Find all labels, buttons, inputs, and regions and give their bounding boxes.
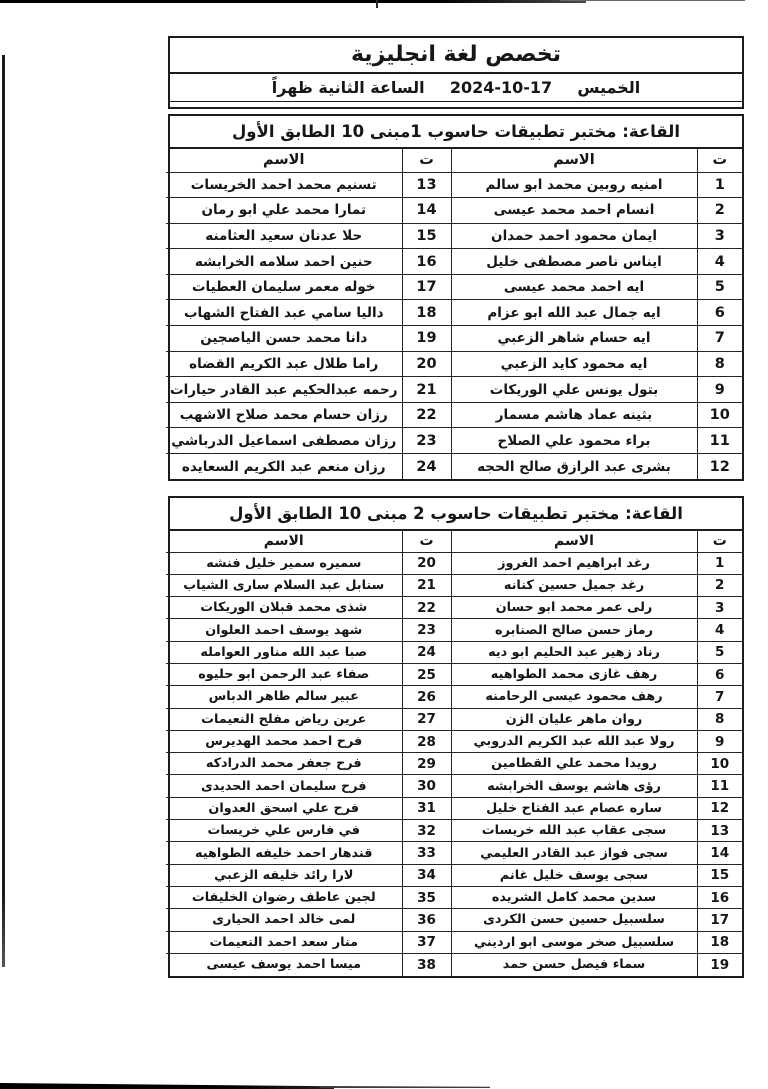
student-name: ايه محمود كايد الزعبي xyxy=(451,351,697,377)
student-name: رماز حسن صالح الصنابره xyxy=(451,619,697,641)
student-number: 37 xyxy=(402,931,451,953)
document-header: تخصص لغة انجليزية الخميس 2024-10-17 السا… xyxy=(168,36,744,109)
roster-header-row: ت الاسم ت الاسم xyxy=(166,149,742,172)
student-name: خوله معمر سليمان العطيات xyxy=(166,274,402,300)
student-name: صفاء عبد الرحمن ابو حليوه xyxy=(166,663,402,685)
exam-date: 2024-10-17 xyxy=(450,78,552,97)
roster-row: 10بثينه عماد هاشم مسمار22رزان حسام محمد … xyxy=(166,402,742,428)
column-header-name: الاسم xyxy=(166,149,402,172)
roster-row: 10رويدا محمد علي القطامين29فرح جعفر محمد… xyxy=(166,753,742,775)
student-number: 18 xyxy=(697,931,742,953)
student-name: حنين احمد سلامه الخرابشه xyxy=(166,249,402,275)
student-name: فرح جعفر محمد الدرادكه xyxy=(166,753,402,775)
student-number: 2 xyxy=(697,198,742,224)
student-number: 38 xyxy=(402,953,451,975)
student-number: 13 xyxy=(402,172,451,198)
roster-row: 12بشرى عبد الرازق صالح الحجه24رزان منعم … xyxy=(166,454,742,480)
student-number: 7 xyxy=(697,686,742,708)
room-section-lab1: القاعة: مختبر تطبيقات حاسوب 1مبنى 10 الط… xyxy=(168,114,744,481)
student-name: داليا سامي عبد الفتاح الشهاب xyxy=(166,300,402,326)
roster-row: 8روان ماهر عليان الزن27عرين رياض مفلح ال… xyxy=(166,708,742,730)
roster-row: 2انسام احمد محمد عيسى14تمارا محمد علي اب… xyxy=(166,198,742,224)
student-number: 1 xyxy=(697,172,742,198)
student-number: 11 xyxy=(697,428,742,454)
student-name: رغد جميل حسين كنانه xyxy=(451,574,697,596)
student-number: 12 xyxy=(697,797,742,819)
student-name: رزان حسام محمد صلاح الاشهب xyxy=(166,402,402,428)
column-header-number: ت xyxy=(697,531,742,552)
roster-row: 12ساره عصام عبد الفتاح خليل31فرح علي اسح… xyxy=(166,797,742,819)
roster-row: 9بتول يونس علي الوريكات21رحمه عبدالحكيم … xyxy=(166,377,742,403)
student-number: 11 xyxy=(697,775,742,797)
student-name: رزان منعم عبد الكريم السعايده xyxy=(166,454,402,480)
student-name: رلى عمر محمد ابو حسان xyxy=(451,597,697,619)
student-number: 9 xyxy=(697,377,742,403)
student-name: فرح سليمان احمد الحديدى xyxy=(166,775,402,797)
student-number: 16 xyxy=(402,249,451,275)
student-name: عرين رياض مفلح النعيمات xyxy=(166,708,402,730)
student-number: 2 xyxy=(697,574,742,596)
student-number: 31 xyxy=(402,797,451,819)
student-number: 32 xyxy=(402,820,451,842)
student-number: 27 xyxy=(402,708,451,730)
room-section-lab2: القاعة: مختبر تطبيقات حاسوب 2 مبنى 10 ال… xyxy=(168,496,744,978)
student-number: 35 xyxy=(402,886,451,908)
student-number: 13 xyxy=(697,820,742,842)
roster-row: 5ايه احمد محمد عيسى17خوله معمر سليمان ال… xyxy=(166,274,742,300)
student-name: حلا عدنان سعيد العثامنه xyxy=(166,223,402,249)
student-number: 26 xyxy=(402,686,451,708)
roster-row: 9رولا عبد الله عبد الكريم الدروبي28فرح ا… xyxy=(166,730,742,752)
roster-row: 1رغد ابراهيم احمد الغروز20سميره سمير خلي… xyxy=(166,552,742,574)
student-number: 24 xyxy=(402,641,451,663)
student-number: 4 xyxy=(697,619,742,641)
student-name: في فارس علي خريسات xyxy=(166,820,402,842)
student-name: رهف محمود عيسى الرحامنه xyxy=(451,686,697,708)
scan-artifact-bottom-thin xyxy=(320,1086,490,1088)
student-number: 19 xyxy=(697,953,742,975)
room-title: القاعة: مختبر تطبيقات حاسوب 1مبنى 10 الط… xyxy=(170,116,742,149)
student-name: سلسبيل صخر موسى ابو ارديني xyxy=(451,931,697,953)
student-name: فرح علي اسحق العدوان xyxy=(166,797,402,819)
student-name: ايه حسام شاهر الزعبي xyxy=(451,326,697,352)
student-name: رويدا محمد علي القطامين xyxy=(451,753,697,775)
student-name: رحمه عبدالحكيم عبد القادر حيارات xyxy=(166,377,402,403)
student-number: 9 xyxy=(697,730,742,752)
roster-table-lab2: ت الاسم ت الاسم 1رغد ابراهيم احمد الغروز… xyxy=(166,531,742,976)
student-number: 8 xyxy=(697,708,742,730)
header-empty-strip xyxy=(170,102,742,107)
column-header-name: الاسم xyxy=(451,531,697,552)
student-name: شهد يوسف احمد العلوان xyxy=(166,619,402,641)
roster-row: 14سجى فواز عبد القادر العليمي33قندهار اح… xyxy=(166,842,742,864)
student-number: 4 xyxy=(697,249,742,275)
student-number: 5 xyxy=(697,641,742,663)
roster-row: 7ايه حسام شاهر الزعبي19دانا محمد حسن الي… xyxy=(166,326,742,352)
student-number: 19 xyxy=(402,326,451,352)
scan-artifact-bottom xyxy=(0,1083,334,1089)
student-number: 6 xyxy=(697,663,742,685)
roster-row: 6رهف غازى محمد الطواهيه25صفاء عبد الرحمن… xyxy=(166,663,742,685)
column-header-name: الاسم xyxy=(451,149,697,172)
student-name: راما طلال عبد الكريم القضاه xyxy=(166,351,402,377)
student-name: سنابل عبد السلام سارى الشياب xyxy=(166,574,402,596)
student-number: 10 xyxy=(697,402,742,428)
student-number: 3 xyxy=(697,223,742,249)
roster-row: 17سلسبيل حسين حسن الكردى36لمى خالد احمد … xyxy=(166,909,742,931)
student-number: 8 xyxy=(697,351,742,377)
roster-row: 7رهف محمود عيسى الرحامنه26عبير سالم طاهر… xyxy=(166,686,742,708)
roster-row: 13سجى عقاب عبد الله خريسات32في فارس علي … xyxy=(166,820,742,842)
student-name: رناد زهير عبد الحليم ابو ديه xyxy=(451,641,697,663)
roster-row: 11رؤى هاشم يوسف الخرابشه30فرح سليمان احم… xyxy=(166,775,742,797)
student-number: 21 xyxy=(402,377,451,403)
student-name: شذى محمد قبلان الوريكات xyxy=(166,597,402,619)
student-number: 22 xyxy=(402,597,451,619)
column-header-number: ت xyxy=(402,531,451,552)
column-header-name: الاسم xyxy=(166,531,402,552)
student-name: انسام احمد محمد عيسى xyxy=(451,198,697,224)
student-number: 16 xyxy=(697,886,742,908)
exam-day: الخميس xyxy=(577,78,640,97)
student-name: تسنيم محمد احمد الخريسات xyxy=(166,172,402,198)
student-number: 20 xyxy=(402,351,451,377)
roster-row: 16سدين محمد كامل الشريده35لجين عاطف رضوا… xyxy=(166,886,742,908)
room-title: القاعة: مختبر تطبيقات حاسوب 2 مبنى 10 ال… xyxy=(170,498,742,531)
student-number: 20 xyxy=(402,552,451,574)
roster-row: 18سلسبيل صخر موسى ابو ارديني37منار سعد ا… xyxy=(166,931,742,953)
student-number: 21 xyxy=(402,574,451,596)
roster-row: 19سماء فيصل حسن حمد38ميسا احمد يوسف عيسى xyxy=(166,953,742,975)
student-number: 33 xyxy=(402,842,451,864)
roster-row: 1امنيه روبين محمد ابو سالم13تسنيم محمد ا… xyxy=(166,172,742,198)
student-name: بثينه عماد هاشم مسمار xyxy=(451,402,697,428)
document-title: تخصص لغة انجليزية xyxy=(170,38,742,74)
student-number: 18 xyxy=(402,300,451,326)
student-name: لجين عاطف رضوان الخليفات xyxy=(166,886,402,908)
student-number: 30 xyxy=(402,775,451,797)
student-name: سجى يوسف خليل غانم xyxy=(451,864,697,886)
student-name: امنيه روبين محمد ابو سالم xyxy=(451,172,697,198)
scanned-page: تخصص لغة انجليزية الخميس 2024-10-17 السا… xyxy=(0,0,768,1089)
column-header-number: ت xyxy=(697,149,742,172)
student-name: سجى فواز عبد القادر العليمي xyxy=(451,842,697,864)
student-number: 23 xyxy=(402,619,451,641)
student-name: منار سعد احمد النعيمات xyxy=(166,931,402,953)
student-number: 24 xyxy=(402,454,451,480)
student-name: ايه احمد محمد عيسى xyxy=(451,274,697,300)
student-name: لارا رائد خليفه الزعبي xyxy=(166,864,402,886)
student-name: ايمان محمود احمد حمدان xyxy=(451,223,697,249)
student-name: ايه جمال عبد الله ابو عزام xyxy=(451,300,697,326)
student-number: 36 xyxy=(402,909,451,931)
student-number: 6 xyxy=(697,300,742,326)
roster-row: 11براء محمود علي الصلاح23رزان مصطفى اسما… xyxy=(166,428,742,454)
student-name: ساره عصام عبد الفتاح خليل xyxy=(451,797,697,819)
student-name: ايناس ناصر مصطفى خليل xyxy=(451,249,697,275)
student-name: رغد ابراهيم احمد الغروز xyxy=(451,552,697,574)
student-name: رزان مصطفى اسماعيل الدرباشي xyxy=(166,428,402,454)
student-name: فرح احمد محمد الهديرس xyxy=(166,730,402,752)
roster-header-row: ت الاسم ت الاسم xyxy=(166,531,742,552)
column-header-number: ت xyxy=(402,149,451,172)
roster-row: 3رلى عمر محمد ابو حسان22شذى محمد قبلان ا… xyxy=(166,597,742,619)
student-name: سماء فيصل حسن حمد xyxy=(451,953,697,975)
roster-row: 5رناد زهير عبد الحليم ابو ديه24صبا عبد ا… xyxy=(166,641,742,663)
student-number: 23 xyxy=(402,428,451,454)
student-number: 5 xyxy=(697,274,742,300)
student-name: قندهار احمد خليفه الطواهيه xyxy=(166,842,402,864)
student-name: سلسبيل حسين حسن الكردى xyxy=(451,909,697,931)
scan-artifact-top-thin xyxy=(560,0,745,1)
student-name: لمى خالد احمد الحيارى xyxy=(166,909,402,931)
roster-row: 3ايمان محمود احمد حمدان15حلا عدنان سعيد … xyxy=(166,223,742,249)
student-number: 15 xyxy=(697,864,742,886)
student-name: ميسا احمد يوسف عيسى xyxy=(166,953,402,975)
student-number: 29 xyxy=(402,753,451,775)
student-number: 28 xyxy=(402,730,451,752)
roster-row: 15سجى يوسف خليل غانم34لارا رائد خليفه ال… xyxy=(166,864,742,886)
roster-row: 4ايناس ناصر مصطفى خليل16حنين احمد سلامه … xyxy=(166,249,742,275)
student-number: 12 xyxy=(697,454,742,480)
student-name: رولا عبد الله عبد الكريم الدروبي xyxy=(451,730,697,752)
student-number: 14 xyxy=(697,842,742,864)
student-number: 25 xyxy=(402,663,451,685)
roster-table-lab1: ت الاسم ت الاسم 1امنيه روبين محمد ابو سا… xyxy=(166,149,742,479)
roster-row: 4رماز حسن صالح الصنابره23شهد يوسف احمد ا… xyxy=(166,619,742,641)
student-number: 10 xyxy=(697,753,742,775)
student-number: 3 xyxy=(697,597,742,619)
student-name: سدين محمد كامل الشريده xyxy=(451,886,697,908)
scan-artifact-tick xyxy=(376,0,378,8)
student-number: 15 xyxy=(402,223,451,249)
roster-row: 2رغد جميل حسين كنانه21سنابل عبد السلام س… xyxy=(166,574,742,596)
student-number: 7 xyxy=(697,326,742,352)
scan-artifact-top xyxy=(0,0,586,3)
student-number: 1 xyxy=(697,552,742,574)
student-name: رهف غازى محمد الطواهيه xyxy=(451,663,697,685)
student-name: تمارا محمد علي ابو رمان xyxy=(166,198,402,224)
student-number: 17 xyxy=(697,909,742,931)
student-name: سجى عقاب عبد الله خريسات xyxy=(451,820,697,842)
student-name: عبير سالم طاهر الدباس xyxy=(166,686,402,708)
student-name: رؤى هاشم يوسف الخرابشه xyxy=(451,775,697,797)
student-name: روان ماهر عليان الزن xyxy=(451,708,697,730)
scan-artifact-left xyxy=(2,55,5,967)
student-name: صبا عبد الله مناور العوامله xyxy=(166,641,402,663)
student-number: 22 xyxy=(402,402,451,428)
roster-row: 6ايه جمال عبد الله ابو عزام18داليا سامي … xyxy=(166,300,742,326)
student-name: براء محمود علي الصلاح xyxy=(451,428,697,454)
student-number: 17 xyxy=(402,274,451,300)
student-name: بتول يونس علي الوريكات xyxy=(451,377,697,403)
student-number: 34 xyxy=(402,864,451,886)
student-name: دانا محمد حسن الياصجين xyxy=(166,326,402,352)
exam-datetime-line: الخميس 2024-10-17 الساعة الثانية ظهراً xyxy=(170,74,742,102)
roster-row: 8ايه محمود كايد الزعبي20راما طلال عبد ال… xyxy=(166,351,742,377)
student-number: 14 xyxy=(402,198,451,224)
student-name: بشرى عبد الرازق صالح الحجه xyxy=(451,454,697,480)
exam-time: الساعة الثانية ظهراً xyxy=(272,78,425,97)
student-name: سميره سمير خليل فنشه xyxy=(166,552,402,574)
